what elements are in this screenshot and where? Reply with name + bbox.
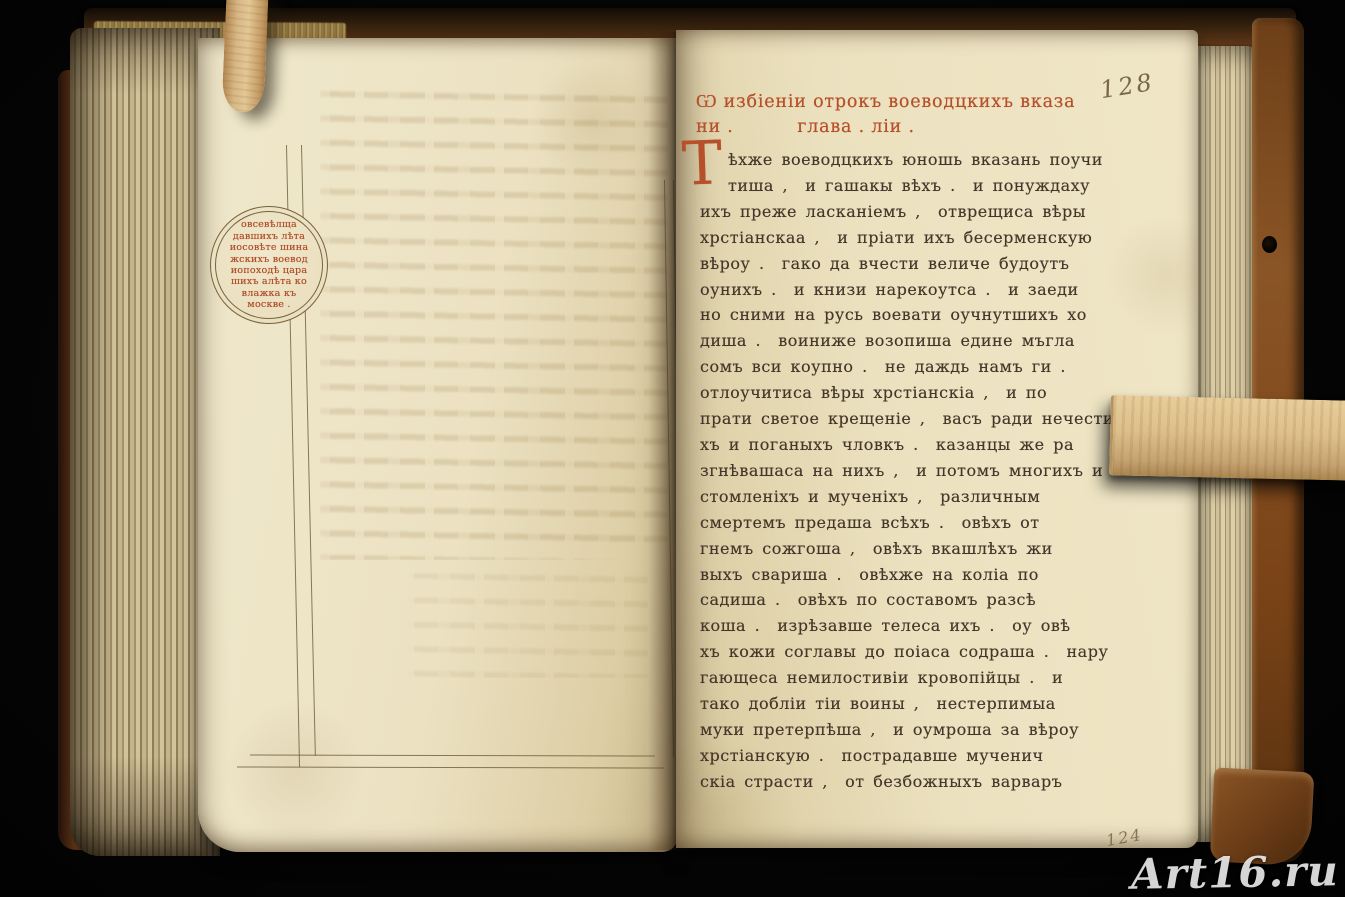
chapter-medallion: овсевѣлщадавшихъ лѣтаиосовѣте шинажскихъ… [210, 206, 328, 324]
medallion-line: шихъ алѣта ко [231, 276, 307, 287]
medallion-line: москве . [247, 299, 290, 310]
medallion-line: иосовѣте шина [230, 242, 309, 253]
body-line: гнемъ сожгоша , овѣхъ вкашлѣхъ жи [700, 536, 1162, 562]
body-line: тако добліи тіи воины , нестерпимыа [700, 691, 1162, 717]
body-line: вѣроу . гако да вчести величе будоутъ [700, 251, 1162, 277]
body-line: выхъ свариша . овѣхже на коліа по [700, 562, 1162, 588]
medallion-line: иопоходѣ цара [231, 265, 308, 276]
body-line: муки претерпѣша , и оумроша за вѣроу [700, 717, 1162, 743]
left-page: овсевѣлщадавшихъ лѣтаиосовѣте шинажскихъ… [198, 38, 678, 852]
medallion-line: жскихъ воевод [230, 254, 308, 265]
medallion-line: давшихъ лѣта [233, 231, 305, 242]
body-line: прати светое крещеніе , васъ ради нечест… [700, 406, 1162, 432]
body-line: ихъ преже ласканіемъ , отврещиса вѣры [700, 199, 1162, 225]
body-line: хъ и поганыхъ чловкъ . казанцы же ра [700, 432, 1162, 458]
body-line: хъ кожи соглавы до поіаса содраша . нару [700, 639, 1162, 665]
body-line: смертемъ предаша всѣхъ . овѣхъ от [700, 510, 1162, 536]
body-line: отлоучитиса вѣры хрстіанскіа , и по [700, 380, 1162, 406]
body-line: ѣхже воеводцкихъ юношь вказань поучи [700, 147, 1162, 173]
body-line: хрстіанскую . пострадавше мученич [700, 743, 1162, 769]
body-line: згнѣвашаса на нихъ , и потомъ многихъ и [700, 458, 1162, 484]
medallion-line: влажка къ [242, 288, 297, 299]
body-line: коша . изрѣзавше телеса ихъ . оу овѣ [700, 613, 1162, 639]
manuscript-body-text: ѣхже воеводцкихъ юношь вказань поучитиша… [700, 147, 1162, 795]
body-line: сомъ вси коупно . не даждь намъ ги . [700, 354, 1162, 380]
wooden-ruler [1109, 395, 1345, 481]
body-line: диша . воиниже возопиша едине мъгла [700, 328, 1162, 354]
body-line: но сними на русь воевати оучнутшихъ хо [700, 302, 1162, 328]
ruled-frame-bottom-outer [237, 766, 664, 769]
clasp-hole [1262, 236, 1277, 253]
ink-bleed-through [320, 88, 668, 560]
manuscript-photo-scene: овсевѣлщадавшихъ лѣтаиосовѣте шинажскихъ… [0, 0, 1345, 897]
wooden-bookmark-stick [221, 0, 268, 113]
body-line: оунихъ . и книзи нарекоутса . и заеди [700, 277, 1162, 303]
medallion-line: овсевѣлща [241, 219, 297, 230]
heading-line: Ѡ избіеніи отрокъ воеводцкихъ вказа [696, 90, 1148, 115]
site-watermark: Art16.ru [1131, 846, 1340, 897]
medallion-text: овсевѣлщадавшихъ лѣтаиосовѣте шинажскихъ… [215, 211, 323, 319]
body-line: садиша . овѣхъ по составомъ разсѣ [700, 587, 1162, 613]
chapter-heading: Ѡ избіеніи отрокъ воеводцкихъ вказа ни .… [696, 90, 1148, 140]
folio-number-bottom: 124 [1105, 825, 1144, 850]
body-line: хрстіанскаа , и пріати ихъ бесерменскую [700, 225, 1162, 251]
body-line: скіа страсти , от безбожныхъ варваръ [700, 769, 1162, 795]
body-line: стомленіхъ и мученіхъ , различным [700, 484, 1162, 510]
heading-line: ни . глава . ліи . [696, 115, 1148, 140]
body-line: тиша , и гашакы вѣхъ . и понуждаху [700, 173, 1162, 199]
body-line: гающеса немилостивіи кровопійцы . и [700, 665, 1162, 691]
ruled-frame-bottom-inner [250, 754, 655, 756]
ink-bleed-through [408, 568, 648, 678]
